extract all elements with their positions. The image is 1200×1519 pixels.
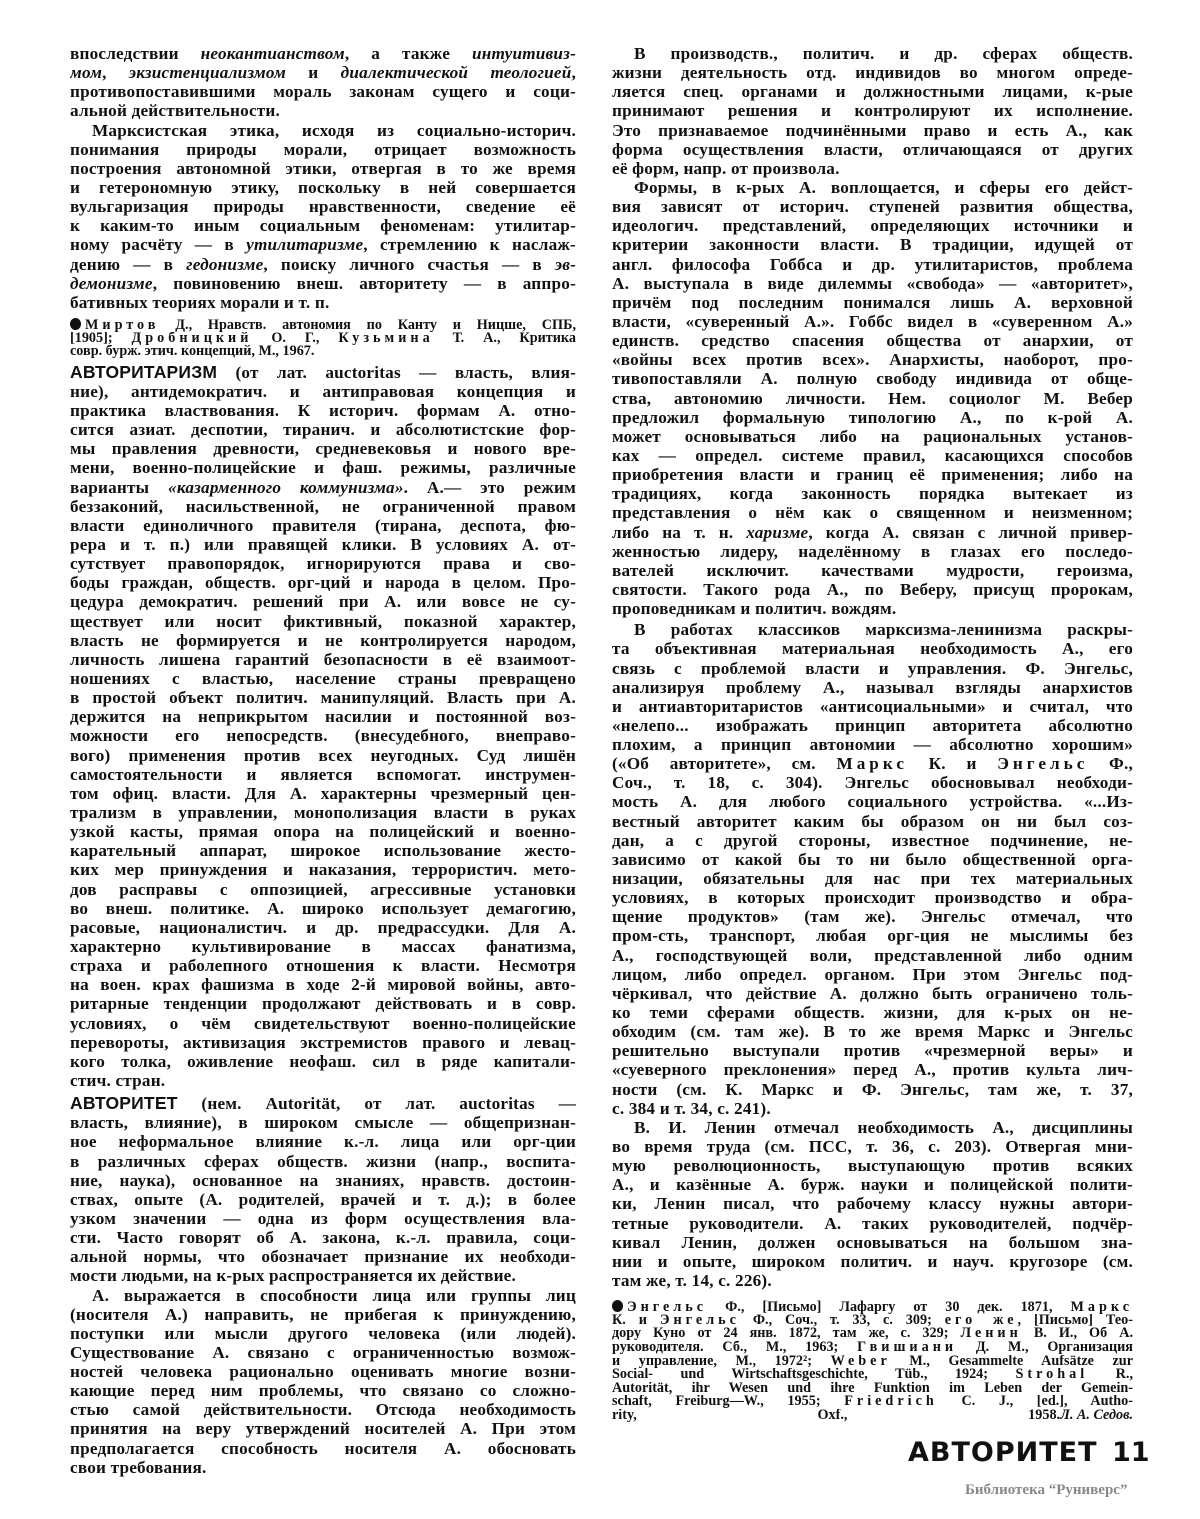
text-line: критерии законности власти. В традиции, …: [612, 235, 1133, 254]
text-line: власть, влияние), в широком смысле — общ…: [70, 1113, 576, 1132]
text-line: цедура демократич. решений при А. или во…: [70, 592, 576, 611]
text-line: практика властвования. К историч. формам…: [70, 401, 576, 420]
text-line: дению — в гедонизме, поиску личного счас…: [70, 255, 576, 274]
text-line: во время труда (см. ПСС, т. 36, с. 203).…: [612, 1137, 1133, 1156]
text-line: щение продуктов» (там же). Энгельс отмеч…: [612, 907, 1133, 926]
text-line: та объективная материальная необходимост…: [612, 639, 1133, 658]
text-line: принятия на веру утверждений носителей А…: [70, 1419, 576, 1438]
bibliography-line: Social- und Wirtschaftsgeschichte, Tüb.,…: [612, 1368, 1133, 1382]
text-line: вульгаризация природы нравственности, св…: [70, 197, 576, 216]
text-line: держится на неприкрытом насилии и постоя…: [70, 707, 576, 726]
text-line: расовые, националистич. и др. предрассуд…: [70, 918, 576, 937]
text-line: либо на т. н. харизме, когда А. связан с…: [612, 523, 1133, 542]
text-line: идеологич. представлений, определяющих и…: [612, 216, 1133, 235]
text-line: единств. средство спасения общества от а…: [612, 331, 1133, 350]
text-line: беззаконий, насильственной, не ограничен…: [70, 497, 576, 516]
text-line: ства, автономию личности. Нем. социолог …: [612, 389, 1133, 408]
text-line: власть не формируется и не контролируетс…: [70, 631, 576, 650]
text-line: плохим, а принцип автономии — абсолютно …: [612, 735, 1133, 754]
text-line: связь с проблемой власти и управления. Ф…: [612, 659, 1133, 678]
text-line: поступки или мысли другого человека (или…: [70, 1324, 576, 1343]
bibliography-ethics: Миртов Д., Нравств. автономия по Канту и…: [70, 318, 576, 359]
text-line: ние, наука), основанное на знаниях, нрав…: [70, 1171, 576, 1190]
text-line: представления о нём как о священном и не…: [612, 503, 1133, 522]
text-line: (носителя А.) направить, не прибегая к п…: [70, 1305, 576, 1324]
text-line: трализм в управлении, монополизация влас…: [70, 803, 576, 822]
text-line: перевороты, активизация экстремистов пра…: [70, 1033, 576, 1052]
headword: АВТОРИТЕТ: [70, 1094, 178, 1113]
text-line: сти. Часто говорят об А. закона, к.-л. п…: [70, 1228, 576, 1247]
text-line: предполагается способность носителя А. о…: [70, 1439, 576, 1458]
text-line: в простой объект политич. манипуляций. В…: [70, 688, 576, 707]
text-line: вестный авторитет каким бы образом он ни…: [612, 812, 1133, 831]
bibliography-line: дору Куно от 24 янв. 1872, там же, с. 32…: [612, 1327, 1133, 1341]
bibliography-line: schaft, Freiburg—W., 1955; Friedrich C. …: [612, 1395, 1133, 1409]
bullet-icon: [612, 1300, 623, 1312]
text-line: к каким-то иным социальным феноменам: ут…: [70, 216, 576, 235]
text-line: кивал Ленин, должен основываться на боль…: [612, 1233, 1133, 1252]
text-line: и антиавторитаристов «антисоциальными» и…: [612, 697, 1133, 716]
text-line: кого толка, оживление неофаш. сил в ряде…: [70, 1052, 576, 1071]
text-line: А. выражается в способности лица или гру…: [70, 1286, 576, 1305]
text-line: дов расправы с оппозицией, агрессивные у…: [70, 880, 576, 899]
text-line: пром-сть, транспорт, любая орг-ция не мы…: [612, 926, 1133, 945]
text-line: приобретения власти и границ её применен…: [612, 465, 1133, 484]
text-line: вия зависят от историч. ступеней развити…: [612, 197, 1133, 216]
library-watermark: Библиотека “Руниверс”: [965, 1482, 1127, 1499]
text-line: мость А. для любого социального устройст…: [612, 792, 1133, 811]
text-line: «суеверного преклонения» перед А., проти…: [612, 1060, 1133, 1079]
bibliography-line: Энгельс Ф., [Письмо] Лафаргу от 30 дек. …: [612, 1300, 1133, 1314]
text-line: сится азиат. деспотии, тиранич. и абсолю…: [70, 420, 576, 439]
marxist-ethics-paragraph: Марксистская этика, исходя из социально-…: [70, 121, 576, 312]
paragraph-marxism: В работах классиков марксизма-ленинизма …: [612, 620, 1133, 1118]
text-line: рера и т. п.) или правящей клики. В усло…: [70, 535, 576, 554]
text-line: впоследствии неокантианством, а также ин…: [70, 44, 576, 63]
text-line: власти, «суверенный А.». Гоббс видел в «…: [612, 312, 1133, 331]
text-line: кающие перед ним проблемы, что связано с…: [70, 1381, 576, 1400]
text-line: жизни деятельность отд. индивидов во мно…: [612, 63, 1133, 82]
text-line: свои требования.: [70, 1458, 576, 1477]
text-line: святости. Такого рода А., по Веберу, при…: [612, 580, 1133, 599]
text-line: узкой касты, прямая опора на полицейский…: [70, 822, 576, 841]
bibliography-line: rity, Oxf., 1958.Л. А. Седов.: [612, 1409, 1133, 1423]
paragraph-spheres: В производств., политич. и др. сферах об…: [612, 44, 1133, 178]
bibliography-authority: Энгельс Ф., [Письмо] Лафаргу от 30 дек. …: [612, 1300, 1133, 1422]
text-line: чёркивал, что действие А. должно быть ог…: [612, 984, 1133, 1003]
left-column: впоследствии неокантианством, а также ин…: [70, 44, 576, 1477]
text-line: сутствует правопорядок, игнорируются пра…: [70, 554, 576, 573]
text-line: Это признаваемое подчинёнными право и ес…: [612, 121, 1133, 140]
text-line: вателей исключит. качествами мудрости, г…: [612, 561, 1133, 580]
bibliography-line: и управление, М., 1972²; Weber M., Gesam…: [612, 1355, 1133, 1369]
text-line: боды граждан, обществ. орг-ций и народа …: [70, 573, 576, 592]
text-line: мую революционность, выступающую против …: [612, 1156, 1133, 1175]
text-line: страха и раболепного отношения к власти.…: [70, 956, 576, 975]
text-line: может основываться либо на рациональных …: [612, 427, 1133, 446]
text-line: В работах классиков марксизма-ленинизма …: [612, 620, 1133, 639]
text-line: том офиц. власти. Для А. характерны чрез…: [70, 784, 576, 803]
bibliography-line: К. и Энгельс Ф., Соч., т. 33, с. 309; ег…: [612, 1314, 1133, 1328]
text-line: ние), антидемократич. и антиправовая кон…: [70, 382, 576, 401]
text-line: условиях, в которых происходит производс…: [612, 888, 1133, 907]
text-line: бативных теориях морали и т. п.: [70, 293, 576, 312]
headword: АВТОРИТАРИЗМ: [70, 363, 217, 382]
paragraph-forms: Формы, в к-рых А. воплощается, и сферы е…: [612, 178, 1133, 618]
text-line: её форм, напр. от произвола.: [612, 159, 1133, 178]
entry-authoritarianism: АВТОРИТАРИЗМ (от лат. auctoritas — власт…: [70, 363, 576, 1090]
paragraph-lenin: В. И. Ленин отмечал необходимость А., ди…: [612, 1118, 1133, 1290]
bibliography-line: совр. бурж. этич. концепций, М., 1967.: [70, 345, 576, 359]
text-line: ки, Ленин писал, что рабочему классу нуж…: [612, 1194, 1133, 1213]
text-line: лицом, либо определ. органом. При этом Э…: [612, 965, 1133, 984]
text-line: ностей человека рационально оценивать мн…: [70, 1362, 576, 1381]
text-line: А. выступала в виде дилеммы «свобода» — …: [612, 274, 1133, 293]
text-line: понимания природы морали, отрицает возмо…: [70, 140, 576, 159]
text-line: принимают решения и контролируют их испо…: [612, 101, 1133, 120]
text-line: нии и опыте, широком политич. и науч. кр…: [612, 1252, 1133, 1271]
text-line: В производств., политич. и др. сферах об…: [612, 44, 1133, 63]
text-line: ках — определ. системе правил, касающихс…: [612, 446, 1133, 465]
text-line: англ. философа Гоббса и др. утилитаристо…: [612, 255, 1133, 274]
text-line: ществует или носит фиктивный, показной х…: [70, 612, 576, 631]
text-line: ляется спец. органами и должностными лиц…: [612, 82, 1133, 101]
text-line: ко теми сферами обществ. жизни, для к-ры…: [612, 1003, 1133, 1022]
running-head: АВТОРИТЕТ: [908, 1437, 1098, 1468]
text-line: Соч., т. 18, с. 304). Энгельс обосновыва…: [612, 773, 1133, 792]
text-line: построения автономной этики, отвергая в …: [70, 159, 576, 178]
text-line: тетные руководители. А. таких руководите…: [612, 1214, 1133, 1233]
bibliography-line: руководителя. Сб., М., 1963; Гвишиани Д.…: [612, 1341, 1133, 1355]
text-line: противопоставившими мораль законам сущег…: [70, 82, 576, 101]
text-line: карательный аппарат, широкое использован…: [70, 841, 576, 860]
intro-paragraph: впоследствии неокантианством, а также ин…: [70, 44, 576, 121]
text-line: ких мер принуждения и наказания, террори…: [70, 860, 576, 879]
text-line: личность лишена гарантий безопасности в …: [70, 650, 576, 669]
text-line: можности его непосредств. (внесудебного,…: [70, 726, 576, 745]
text-line: («Об авторитете», см. Маркс К. и Энгельс…: [612, 754, 1133, 773]
bibliography-line: Миртов Д., Нравств. автономия по Канту и…: [70, 318, 576, 332]
text-line: ности (см. К. Маркс и Ф. Энгельс, там же…: [612, 1080, 1133, 1099]
bibliography-line: [1905]; Дробницкий О. Г., Кузьмина Т. А.…: [70, 332, 576, 346]
text-line: А., и казённые А. бурж. науки и полицейс…: [612, 1175, 1133, 1194]
text-line: зависимо от какой бы то ни было обществе…: [612, 850, 1133, 869]
text-line: «войны всех против всех». Анархисты, нао…: [612, 350, 1133, 369]
text-line: проповедникам и политич. вождям.: [612, 599, 1133, 618]
text-line: анализируя проблему А., называл взгляды …: [612, 678, 1133, 697]
text-line: Марксистская этика, исходя из социально-…: [70, 121, 576, 140]
text-line: форма осуществления власти, отличающаяся…: [612, 140, 1133, 159]
bibliography-line: Autorität, ihr Wesen und ihre Funktion i…: [612, 1382, 1133, 1396]
bullet-icon: [70, 318, 81, 330]
text-line: тивопоставляли А. полную свободу индивид…: [612, 369, 1133, 388]
text-line: вого) применения против всех неугодных. …: [70, 746, 576, 765]
text-line: мом, экзистенциализмом и диалектической …: [70, 63, 576, 82]
text-line: женностью лидеру, наделённому в глазах е…: [612, 542, 1133, 561]
text-line: Существование А. связано с ограниченност…: [70, 1343, 576, 1362]
text-line: демонизме, повиновению внеш. авторитету …: [70, 274, 576, 293]
text-line: условиях, о чём свидетельствуют военно-п…: [70, 1014, 576, 1033]
text-line: «нелепо... изображать принцип авторитета…: [612, 716, 1133, 735]
text-line: узком значении — одна из форм осуществле…: [70, 1209, 576, 1228]
text-line: АВТОРИТЕТ (нем. Autorität, от лат. aucto…: [70, 1094, 576, 1113]
text-line: в различных сферах обществ. жизни (напр.…: [70, 1152, 576, 1171]
text-line: В. И. Ленин отмечал необходимость А., ди…: [612, 1118, 1133, 1137]
text-line: мени, военно-полицейские и фаш. режимы, …: [70, 458, 576, 477]
text-line: причём под последним понимался лишь А. в…: [612, 293, 1133, 312]
text-line: там же, т. 14, с. 226).: [612, 1271, 1133, 1290]
text-line: ное неформальное влияние к.-л. лица или …: [70, 1132, 576, 1151]
text-line: ношениях с властью, население страны пре…: [70, 669, 576, 688]
entry-authority: АВТОРИТЕТ (нем. Autorität, от лат. aucto…: [70, 1094, 576, 1477]
text-line: мости людьми, на к-рых распространяется …: [70, 1266, 576, 1285]
text-line: варианты «казарменного коммунизма». А.— …: [70, 478, 576, 497]
text-line: стью самой действительности. Отсюда необ…: [70, 1400, 576, 1419]
text-line: власти единоличного правителя (тирана, д…: [70, 516, 576, 535]
text-line: А., господствующей воли, представленной …: [612, 946, 1133, 965]
text-line: альной действительности.: [70, 101, 576, 120]
text-line: обходим (см. там же). В то же время Марк…: [612, 1022, 1133, 1041]
text-line: и гетерономную этику, поскольку в ней со…: [70, 178, 576, 197]
text-line: предложил формальную типологию А., по к-…: [612, 408, 1133, 427]
text-line: во внеш. политике. А. широко использует …: [70, 899, 576, 918]
text-line: с. 384 и т. 34, с. 241).: [612, 1099, 1133, 1118]
text-line: традициях, когда законность порядка выте…: [612, 484, 1133, 503]
text-line: на воен. крах фашизма в ходе 2-й мировой…: [70, 975, 576, 994]
page-number: 11: [1112, 1437, 1150, 1468]
author-signature: Л. А. Седов.: [1060, 1409, 1133, 1423]
right-column: В производств., политич. и др. сферах об…: [612, 44, 1133, 1426]
text-line: Формы, в к-рых А. воплощается, и сферы е…: [612, 178, 1133, 197]
text-line: ному расчёту — в утилитаризме, стремлени…: [70, 235, 576, 254]
text-line: характерно культивирование в массах фана…: [70, 937, 576, 956]
text-line: стич. стран.: [70, 1071, 576, 1090]
text-line: АВТОРИТАРИЗМ (от лат. auctoritas — власт…: [70, 363, 576, 382]
text-line: мы правления древности, средневековья и …: [70, 439, 576, 458]
text-line: низации, обязательны для нас при тех мат…: [612, 869, 1133, 888]
text-line: альной нормы, что обозначает признание и…: [70, 1247, 576, 1266]
text-line: ствах, опыте (А. родителей, врачей и т. …: [70, 1190, 576, 1209]
text-line: самостоятельности и является вспомогат. …: [70, 765, 576, 784]
text-line: дан, а с другой стороны, известное подчи…: [612, 831, 1133, 850]
text-line: решительно выступали против «чрезмерной …: [612, 1041, 1133, 1060]
text-line: ритарные тенденции продолжают действоват…: [70, 994, 576, 1013]
